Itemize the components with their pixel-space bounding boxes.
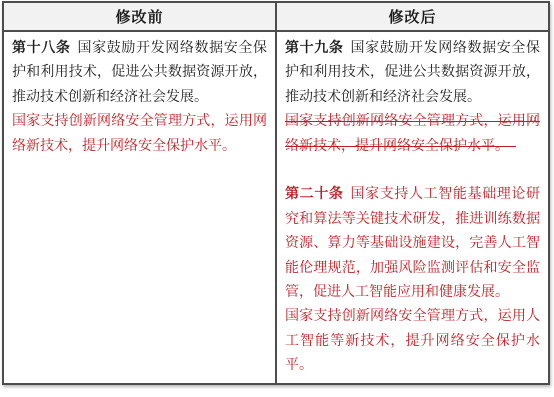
blank-line-spacer [285, 159, 540, 183]
article-19-number: 第十九条 [285, 41, 344, 56]
paragraph-article-20: 第二十条国家支持人工智能基础理论研究和算法等关键技术研发，推进训练数据资源、算力… [285, 183, 540, 305]
document-page: 修改前 修改后 第十八条国家鼓励开发网络数据安全保护和利用技术，促进公共数据资源… [0, 0, 554, 397]
revision-comparison-table: 修改前 修改后 第十八条国家鼓励开发网络数据安全保护和利用技术，促进公共数据资源… [2, 1, 550, 385]
paragraph-article-18: 第十八条国家鼓励开发网络数据安全保护和利用技术，促进公共数据资源开放，推动技术创… [12, 37, 267, 110]
paragraph-new-text: 国家支持创新网络安全管理方式，运用人工智能等新技术，提升网络安全保护水平。 [285, 305, 540, 378]
table-header-row: 修改前 修改后 [3, 2, 549, 31]
cell-after-revision: 第十九条国家鼓励开发网络数据安全保护和利用技术，促进公共数据资源开放，推动技术创… [276, 31, 549, 384]
cell-before-revision: 第十八条国家鼓励开发网络数据安全保护和利用技术，促进公共数据资源开放，推动技术创… [3, 31, 276, 384]
revision-before-text: 国家支持创新网络安全管理方式，运用网络新技术，提升网络安全保护水平。 [12, 114, 267, 153]
deleted-text: 国家支持创新网络安全管理方式，运用网络新技术，提升网络安全保护水平。 [285, 114, 540, 153]
article-20-text: 国家支持人工智能基础理论研究和算法等关键技术研发，推进训练数据资源、算力等基础设… [285, 187, 540, 300]
column-header-before: 修改前 [3, 2, 276, 31]
new-text: 国家支持创新网络安全管理方式，运用人工智能等新技术，提升网络安全保护水平。 [285, 309, 540, 373]
paragraph-deleted-text: 国家支持创新网络安全管理方式，运用网络新技术，提升网络安全保护水平。 [285, 110, 540, 159]
table-row: 第十八条国家鼓励开发网络数据安全保护和利用技术，促进公共数据资源开放，推动技术创… [3, 31, 549, 384]
paragraph-revision-before: 国家支持创新网络安全管理方式，运用网络新技术，提升网络安全保护水平。 [12, 110, 267, 159]
paragraph-article-19: 第十九条国家鼓励开发网络数据安全保护和利用技术，促进公共数据资源开放，推动技术创… [285, 37, 540, 110]
article-20-number: 第二十条 [285, 187, 344, 202]
column-header-after: 修改后 [276, 2, 549, 31]
article-18-number: 第十八条 [12, 41, 71, 56]
